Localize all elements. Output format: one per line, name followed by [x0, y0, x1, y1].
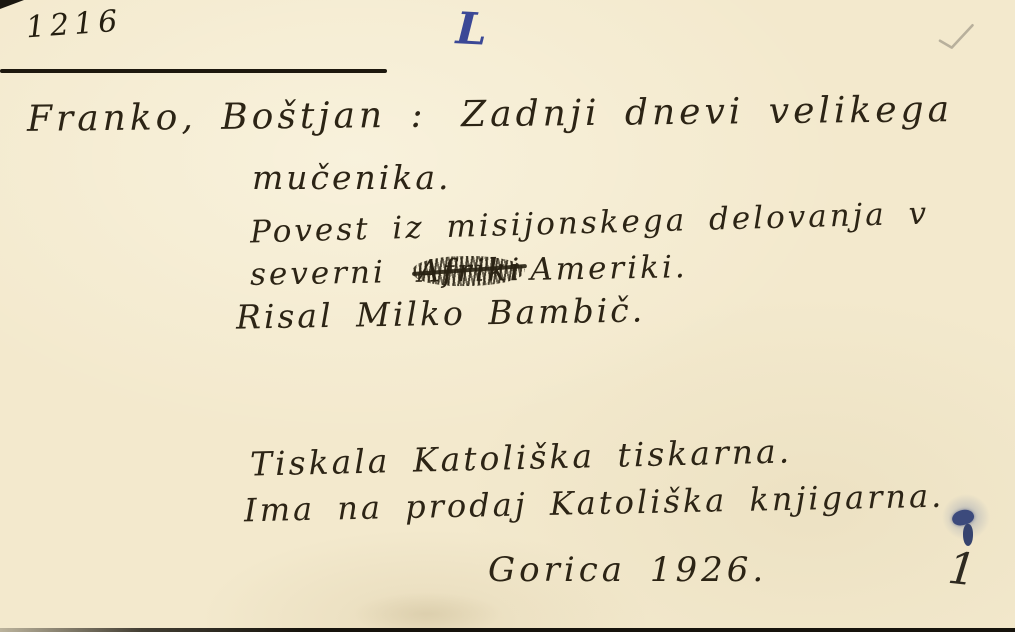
title-text: Zadnji dnevi velikega	[461, 89, 953, 135]
ink-blot-tail	[963, 524, 973, 546]
subtitle-word-severni: severni	[250, 254, 386, 292]
subtitle-continuation-line: severni Afriki Ameriki.	[250, 252, 688, 291]
scan-corner-artifact	[0, 0, 24, 9]
author-name: Franko, Boštjan :	[27, 95, 427, 140]
availability-line: Ima na prodaj Katoliška knjigarna.	[244, 480, 945, 527]
paper-smudge	[352, 592, 502, 632]
blue-ink-blot	[944, 500, 990, 562]
printer-line: Tiskala Katoliška tiskarna.	[250, 434, 793, 480]
subtitle-line: Povest iz misijonskega delovanja v	[250, 199, 930, 249]
scan-bottom-edge	[0, 628, 1015, 632]
entry-author-title-line: Franko, Boštjan : Zadnji dnevi velikega	[27, 92, 953, 138]
classification-letter-mark: L	[455, 7, 488, 53]
pencil-checkmark-icon	[934, 22, 979, 58]
place-and-date: Gorica 1926.	[488, 553, 767, 587]
subtitle-word-ameriki: Ameriki.	[530, 249, 688, 288]
heading-underline-rule	[0, 69, 387, 73]
title-continuation-line: mučenika.	[252, 161, 452, 194]
crossed-out-word: Afriki	[417, 255, 522, 288]
catalog-card: 1216 L Franko, Boštjan : Zadnji dnevi ve…	[0, 0, 1015, 632]
illustrator-line: Risal Milko Bambič.	[236, 293, 646, 333]
inventory-number: 1216	[25, 7, 123, 44]
